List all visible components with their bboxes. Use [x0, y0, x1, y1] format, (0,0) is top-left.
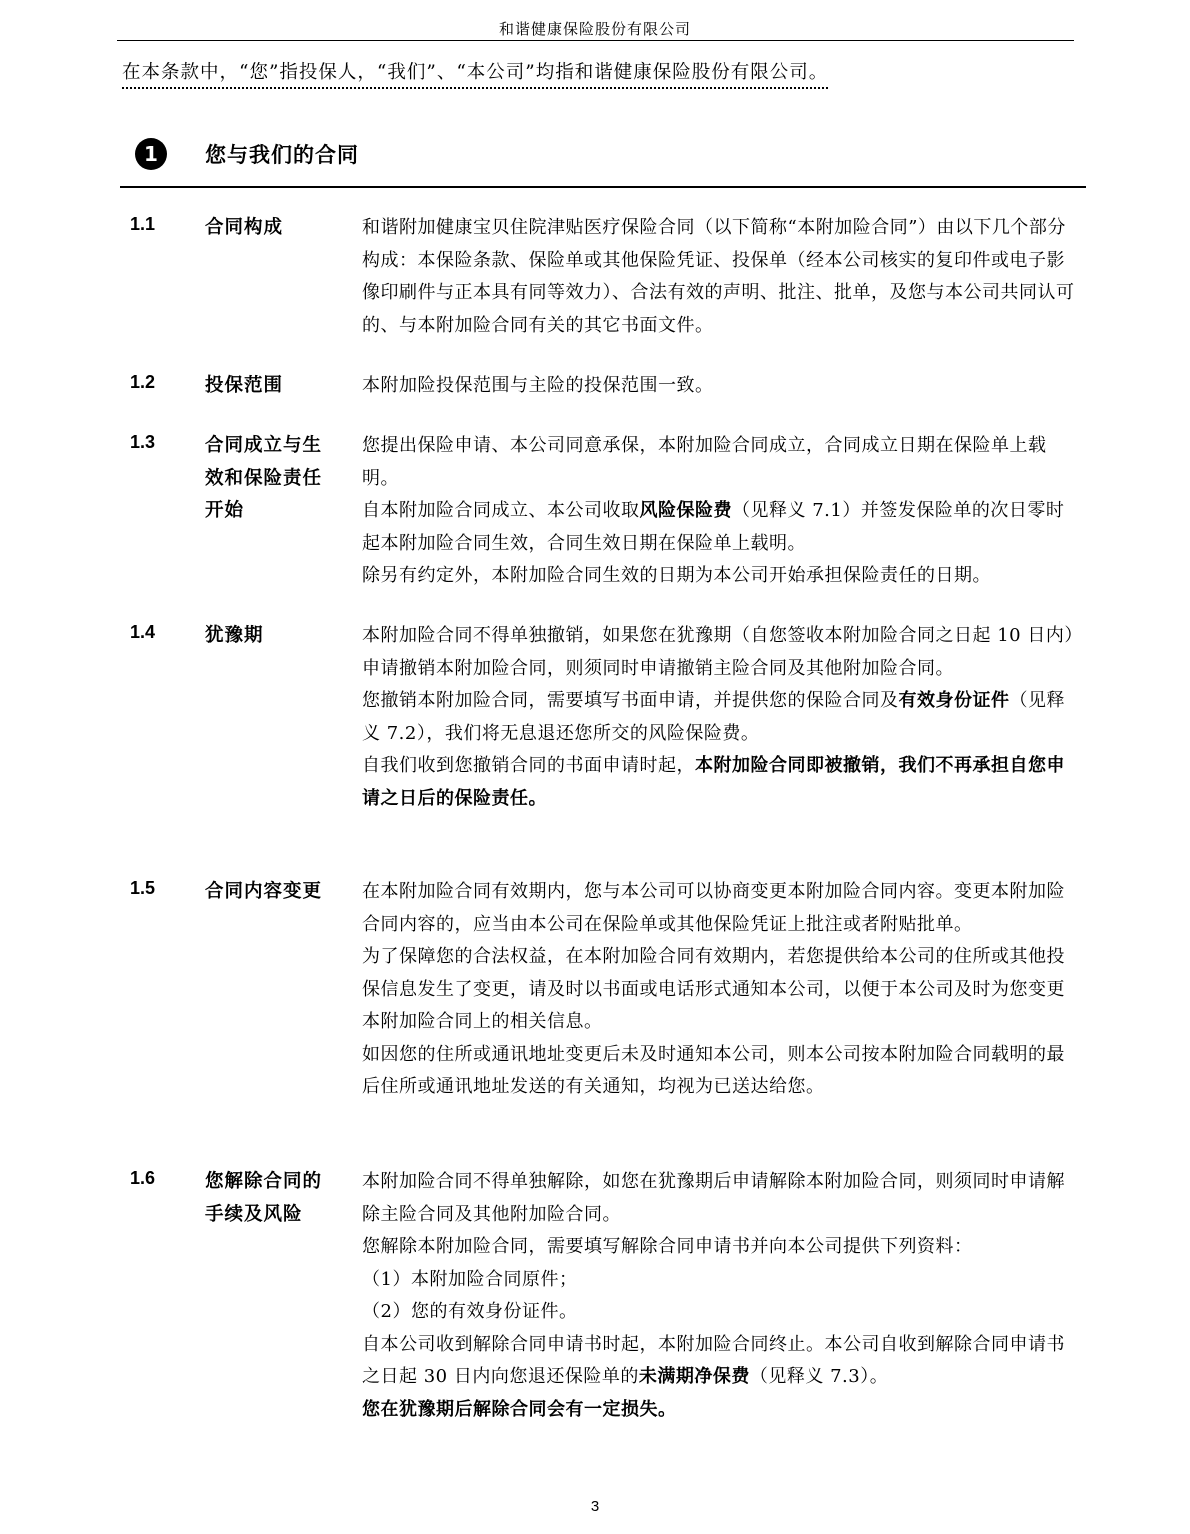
- clause-number: 1.1: [130, 214, 155, 235]
- clause-number: 1.3: [130, 432, 155, 453]
- clause-paragraph: 自本附加险合同成立、本公司收取风险保险费（见释义 7.1）并签发保险单的次日零时…: [362, 495, 1082, 560]
- clause-title: 您解除合同的手续及风险: [205, 1166, 340, 1231]
- clause-paragraph: 在本附加险合同有效期内，您与本公司可以协商变更本附加险合同内容。变更本附加险合同…: [362, 876, 1082, 941]
- clause-title: 合同成立与生效和保险责任开始: [205, 430, 340, 528]
- clause-number: 1.2: [130, 372, 155, 393]
- clause-paragraph: 本附加险合同不得单独解除，如您在犹豫期后申请解除本附加险合同，则须同时申请解除主…: [362, 1166, 1082, 1231]
- clause-paragraph: 自我们收到您撤销合同的书面申请时起，本附加险合同即被撤销，我们不再承担自您申请之…: [362, 750, 1082, 815]
- clause-number: 1.4: [130, 622, 155, 643]
- clause-body: 本附加险合同不得单独解除，如您在犹豫期后申请解除本附加险合同，则须同时申请解除主…: [362, 1166, 1082, 1426]
- clause-paragraph: （1）本附加险合同原件；: [362, 1264, 1082, 1297]
- clause-body: 本附加险投保范围与主险的投保范围一致。: [362, 370, 1082, 403]
- clause-title: 合同构成: [205, 212, 340, 245]
- clause-paragraph: 自本公司收到解除合同申请书时起，本附加险合同终止。本公司自收到解除合同申请书之日…: [362, 1329, 1082, 1394]
- clause-title: 合同内容变更: [205, 876, 340, 909]
- intro-definition: 在本条款中，“您”指投保人，“我们”、“本公司”均指和谐健康保险股份有限公司。: [122, 58, 828, 84]
- header-divider: [117, 40, 1074, 41]
- clause-paragraph: 您撤销本附加险合同，需要填写书面申请，并提供您的保险合同及有效身份证件（见释义 …: [362, 685, 1082, 750]
- clause-paragraph: 本附加险合同不得单独撤销，如果您在犹豫期（自您签收本附加险合同之日起 10 日内…: [362, 620, 1082, 685]
- clause-paragraph: 您提出保险申请、本公司同意承保，本附加险合同成立，合同成立日期在保险单上载明。: [362, 430, 1082, 495]
- clause-title: 投保范围: [205, 370, 340, 403]
- clause-paragraph: 您解除本附加险合同，需要填写解除合同申请书并向本公司提供下列资料：: [362, 1231, 1082, 1264]
- clause-title: 犹豫期: [205, 620, 340, 653]
- clause-paragraph: 为了保障您的合法权益，在本附加险合同有效期内，若您提供给本公司的住所或其他投保信…: [362, 941, 1082, 1039]
- clause-paragraph: （2）您的有效身份证件。: [362, 1296, 1082, 1329]
- clause-paragraph: 您在犹豫期后解除合同会有一定损失。: [362, 1394, 1082, 1427]
- clause-body: 在本附加险合同有效期内，您与本公司可以协商变更本附加险合同内容。变更本附加险合同…: [362, 876, 1082, 1104]
- clause-number: 1.6: [130, 1168, 155, 1189]
- running-header: 和谐健康保险股份有限公司: [0, 18, 1190, 39]
- page-number: 3: [0, 1498, 1190, 1515]
- section-divider: [120, 186, 1086, 188]
- clause-paragraph: 如因您的住所或通讯地址变更后未及时通知本公司，则本公司按本附加险合同载明的最后住…: [362, 1039, 1082, 1104]
- clause-paragraph: 本附加险投保范围与主险的投保范围一致。: [362, 370, 1082, 403]
- section-number-badge: 1: [135, 138, 167, 170]
- section-title: 您与我们的合同: [205, 139, 359, 169]
- clause-paragraph: 除另有约定外，本附加险合同生效的日期为本公司开始承担保险责任的日期。: [362, 560, 1082, 593]
- clause-body: 本附加险合同不得单独撤销，如果您在犹豫期（自您签收本附加险合同之日起 10 日内…: [362, 620, 1082, 815]
- clause-body: 和谐附加健康宝贝住院津贴医疗保险合同（以下简称“本附加险合同”）由以下几个部分构…: [362, 212, 1082, 342]
- clause-paragraph: 和谐附加健康宝贝住院津贴医疗保险合同（以下简称“本附加险合同”）由以下几个部分构…: [362, 212, 1082, 342]
- section-heading: 1 您与我们的合同: [135, 138, 359, 170]
- clause-body: 您提出保险申请、本公司同意承保，本附加险合同成立，合同成立日期在保险单上载明。自…: [362, 430, 1082, 593]
- clause-number: 1.5: [130, 878, 155, 899]
